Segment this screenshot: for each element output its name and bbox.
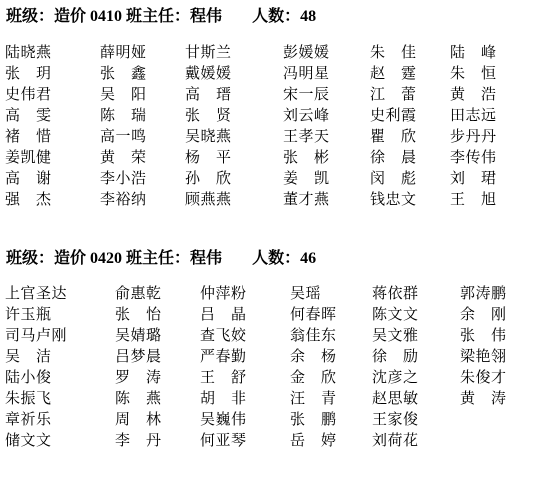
- student-name: 褚 惜: [5, 125, 100, 146]
- roster-row: 张 玥张 鑫戴媛媛冯明星赵 霆朱 恒: [5, 62, 539, 83]
- student-name: 蒋依群: [372, 282, 460, 303]
- student-name: 田志远: [450, 104, 539, 125]
- roster-row: 褚 惜高一鸣吴晓燕王孝天瞿 欣步丹丹: [5, 125, 539, 146]
- student-name: 王孝天: [283, 125, 370, 146]
- student-name: 上官圣达: [5, 282, 115, 303]
- student-name: 吴婧璐: [115, 324, 200, 345]
- roster-row: 陆小俊罗 涛王 舒金 欣沈彦之朱俊才: [5, 366, 539, 387]
- class1-class-label: 班级：: [6, 8, 54, 25]
- class2-teacher-value: 程伟: [190, 250, 222, 267]
- student-name: 李小浩: [100, 167, 185, 188]
- student-name: 吴巍伟: [200, 408, 290, 429]
- student-name: 陆小俊: [5, 366, 115, 387]
- student-name: 何春晖: [290, 303, 372, 324]
- student-name: 余 杨: [290, 345, 372, 366]
- student-name: [460, 429, 539, 450]
- student-name: 朱 恒: [450, 62, 539, 83]
- student-name: 沈彦之: [372, 366, 460, 387]
- student-name: 江 蕾: [370, 83, 450, 104]
- student-name: 吴晓燕: [185, 125, 283, 146]
- student-name: 徐 励: [372, 345, 460, 366]
- student-name: 杨 平: [185, 146, 283, 167]
- student-name: 李传伟: [450, 146, 539, 167]
- student-name: 储文文: [5, 429, 115, 450]
- student-name: 陈文文: [372, 303, 460, 324]
- roster-row: 高 雯陈 瑞张 贤刘云峰史利霞田志远: [5, 104, 539, 125]
- student-name: 甘斯兰: [185, 41, 283, 62]
- student-name: 吴文雅: [372, 324, 460, 345]
- student-name: 高一鸣: [100, 125, 185, 146]
- student-name: 梁艳翎: [460, 345, 539, 366]
- student-name: 张 玥: [5, 62, 100, 83]
- student-name: 顾燕燕: [185, 188, 283, 209]
- student-name: 钱忠文: [370, 188, 450, 209]
- roster-row: 陆晓燕薛明娅甘斯兰彭媛媛朱 佳陆 峰: [5, 41, 539, 62]
- student-name: 汪 青: [290, 387, 372, 408]
- student-name: 闵 彪: [370, 167, 450, 188]
- roster-row: 许玉瓶张 怡吕 晶何春晖陈文文余 刚: [5, 303, 539, 324]
- student-name: 吴 阳: [100, 83, 185, 104]
- student-name: 何亚琴: [200, 429, 290, 450]
- student-name: 章祈乐: [5, 408, 115, 429]
- class2-header: 班级：造价 0420 班主任：程伟 人数：46: [0, 250, 539, 268]
- student-name: 陆 峰: [450, 41, 539, 62]
- student-name: 瞿 欣: [370, 125, 450, 146]
- student-name: 胡 非: [200, 387, 290, 408]
- class2-class-value: 造价 0420: [54, 250, 122, 267]
- student-name: 赵 霆: [370, 62, 450, 83]
- student-name: 张 彬: [283, 146, 370, 167]
- student-name: 朱振飞: [5, 387, 115, 408]
- student-name: 罗 涛: [115, 366, 200, 387]
- student-name: 陈 燕: [115, 387, 200, 408]
- class1-teacher-label: 班主任：: [126, 8, 190, 25]
- student-name: 黄 浩: [450, 83, 539, 104]
- roster-row: 章祈乐周 林吴巍伟张 鹏王家俊: [5, 408, 539, 429]
- student-name: 李裕纳: [100, 188, 185, 209]
- student-name: [460, 408, 539, 429]
- student-name: 姜凯健: [5, 146, 100, 167]
- student-name: 翁佳东: [290, 324, 372, 345]
- student-name: 彭媛媛: [283, 41, 370, 62]
- student-name: 张 伟: [460, 324, 539, 345]
- student-name: 姜 凯: [283, 167, 370, 188]
- student-name: 王家俊: [372, 408, 460, 429]
- class2-teacher-label: 班主任：: [126, 250, 190, 267]
- student-name: 孙 欣: [185, 167, 283, 188]
- student-name: 张 鹏: [290, 408, 372, 429]
- class2-count-value: 46: [300, 250, 316, 267]
- student-name: 刘 珺: [450, 167, 539, 188]
- student-name: 查飞姣: [200, 324, 290, 345]
- student-name: 史伟君: [5, 83, 100, 104]
- student-name: 陆晓燕: [5, 41, 100, 62]
- student-name: 金 欣: [290, 366, 372, 387]
- roster-document: 班级：造价 0410 班主任：程伟 人数：48 陆晓燕薛明娅甘斯兰彭媛媛朱 佳陆…: [0, 0, 539, 477]
- student-name: 周 林: [115, 408, 200, 429]
- student-name: 吕梦晨: [115, 345, 200, 366]
- student-name: 徐 晨: [370, 146, 450, 167]
- class1-class-value: 造价 0410: [54, 8, 122, 25]
- student-name: 朱 佳: [370, 41, 450, 62]
- class2-roster-body: 上官圣达俞惠乾仲萍粉吴瑶蒋依群郭涛鹏许玉瓶张 怡吕 晶何春晖陈文文余 刚司马卢刚…: [5, 282, 539, 450]
- student-name: 赵思敏: [372, 387, 460, 408]
- student-name: 朱俊才: [460, 366, 539, 387]
- student-name: 刘荷花: [372, 429, 460, 450]
- class1-roster-body: 陆晓燕薛明娅甘斯兰彭媛媛朱 佳陆 峰张 玥张 鑫戴媛媛冯明星赵 霆朱 恒史伟君吴…: [5, 41, 539, 209]
- student-name: 刘云峰: [283, 104, 370, 125]
- student-name: 高 谢: [5, 167, 100, 188]
- class1-count-value: 48: [300, 8, 316, 25]
- student-name: 严春勤: [200, 345, 290, 366]
- class2-roster-table: 上官圣达俞惠乾仲萍粉吴瑶蒋依群郭涛鹏许玉瓶张 怡吕 晶何春晖陈文文余 刚司马卢刚…: [5, 282, 539, 450]
- roster-row: 高 谢李小浩孙 欣姜 凯闵 彪刘 珺: [5, 167, 539, 188]
- student-name: 张 贤: [185, 104, 283, 125]
- student-name: 史利霞: [370, 104, 450, 125]
- student-name: 岳 婷: [290, 429, 372, 450]
- student-name: 高 瑨: [185, 83, 283, 104]
- student-name: 高 雯: [5, 104, 100, 125]
- student-name: 黄 荣: [100, 146, 185, 167]
- roster-row: 朱振飞陈 燕胡 非汪 青赵思敏黄 涛: [5, 387, 539, 408]
- roster-row: 姜凯健黄 荣杨 平张 彬徐 晨李传伟: [5, 146, 539, 167]
- student-name: 郭涛鹏: [460, 282, 539, 303]
- student-name: 宋一辰: [283, 83, 370, 104]
- class2-count-label: 人数：: [252, 250, 300, 267]
- roster-row: 储文文李 丹何亚琴岳 婷刘荷花: [5, 429, 539, 450]
- student-name: 戴媛媛: [185, 62, 283, 83]
- student-name: 陈 瑞: [100, 104, 185, 125]
- class1-header: 班级：造价 0410 班主任：程伟 人数：48: [0, 0, 539, 26]
- student-name: 吴瑶: [290, 282, 372, 303]
- student-name: 张 怡: [115, 303, 200, 324]
- student-name: 吕 晶: [200, 303, 290, 324]
- roster-row: 司马卢刚吴婧璐查飞姣翁佳东吴文雅张 伟: [5, 324, 539, 345]
- roster-row: 史伟君吴 阳高 瑨宋一辰江 蕾黄 浩: [5, 83, 539, 104]
- student-name: 黄 涛: [460, 387, 539, 408]
- student-name: 董才燕: [283, 188, 370, 209]
- student-name: 李 丹: [115, 429, 200, 450]
- student-name: 仲萍粉: [200, 282, 290, 303]
- student-name: 王 舒: [200, 366, 290, 387]
- student-name: 冯明星: [283, 62, 370, 83]
- class1-roster-table: 陆晓燕薛明娅甘斯兰彭媛媛朱 佳陆 峰张 玥张 鑫戴媛媛冯明星赵 霆朱 恒史伟君吴…: [5, 41, 539, 209]
- roster-row: 上官圣达俞惠乾仲萍粉吴瑶蒋依群郭涛鹏: [5, 282, 539, 303]
- class1-count-label: 人数：: [252, 8, 300, 25]
- roster-row: 吴 洁吕梦晨严春勤余 杨徐 励梁艳翎: [5, 345, 539, 366]
- class1-teacher-value: 程伟: [190, 8, 222, 25]
- class2-class-label: 班级：: [6, 250, 54, 267]
- student-name: 薛明娅: [100, 41, 185, 62]
- student-name: 强 杰: [5, 188, 100, 209]
- student-name: 余 刚: [460, 303, 539, 324]
- student-name: 吴 洁: [5, 345, 115, 366]
- student-name: 王 旭: [450, 188, 539, 209]
- student-name: 许玉瓶: [5, 303, 115, 324]
- roster-row: 强 杰李裕纳顾燕燕董才燕钱忠文王 旭: [5, 188, 539, 209]
- student-name: 步丹丹: [450, 125, 539, 146]
- student-name: 司马卢刚: [5, 324, 115, 345]
- student-name: 张 鑫: [100, 62, 185, 83]
- student-name: 俞惠乾: [115, 282, 200, 303]
